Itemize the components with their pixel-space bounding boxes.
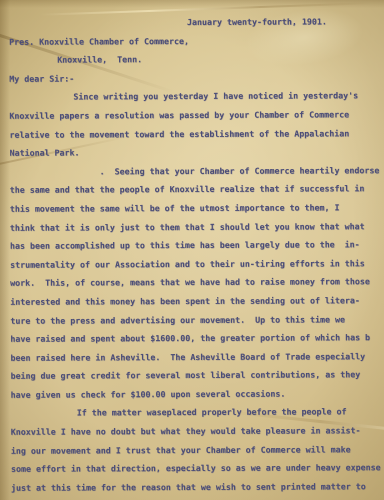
letter-line: the same and that the people of Knoxvill… bbox=[10, 180, 374, 200]
letter-line: have given us check for $100.00 upon sev… bbox=[11, 384, 375, 404]
letter-line: just at this time for the reason that we… bbox=[11, 477, 375, 497]
salutation: My dear Sir:- bbox=[9, 68, 373, 88]
letter-line: work. This, of course, means that we hav… bbox=[10, 273, 374, 293]
letter-line: relative to the movement toward the esta… bbox=[9, 124, 373, 144]
letter-line: some effort in that direction, especiall… bbox=[11, 458, 375, 478]
recipient-line-1: Pres. Knoxville Chamber of Commerce, bbox=[9, 31, 373, 51]
letter-line: . Seeing that your Chamber of Commerce h… bbox=[10, 161, 374, 181]
letter-line: being due great credit for several most … bbox=[11, 365, 375, 385]
letter-line: think that it is only just to them that … bbox=[10, 217, 374, 237]
letter-line: strumentality of our Association and to … bbox=[10, 254, 374, 274]
letter-line: National Park. bbox=[10, 142, 374, 162]
typewritten-letter: January twenty-fourth, 1901. Pres. Knoxv… bbox=[0, 0, 384, 497]
letter-line: have raised and spent about $1600.00, th… bbox=[10, 328, 374, 348]
letter-line: If the matter waseplaced properly before… bbox=[11, 403, 375, 423]
recipient-line-2: Knoxville, Tenn. bbox=[9, 49, 373, 69]
letter-line: ture to the press and advertising our mo… bbox=[10, 310, 374, 330]
letter-line: Knoxville I have no doubt but what they … bbox=[11, 421, 375, 441]
letter-line: ing our movement and I trust that your C… bbox=[11, 440, 375, 460]
letter-page: January twenty-fourth, 1901. Pres. Knoxv… bbox=[0, 0, 384, 500]
date-line: January twenty-fourth, 1901. bbox=[9, 12, 373, 32]
letter-line: interested and this money has been spent… bbox=[10, 291, 374, 311]
letter-line: has been accomplished up to this time ha… bbox=[10, 235, 374, 255]
letter-line: this movement the same will be of the ut… bbox=[10, 198, 374, 218]
letter-line: been raised here in Asheville. The Ashev… bbox=[10, 347, 374, 367]
letter-line: Knoxville papers a resolution was passed… bbox=[9, 105, 373, 125]
letter-line: Since writing you yesterday I have notic… bbox=[9, 87, 373, 107]
